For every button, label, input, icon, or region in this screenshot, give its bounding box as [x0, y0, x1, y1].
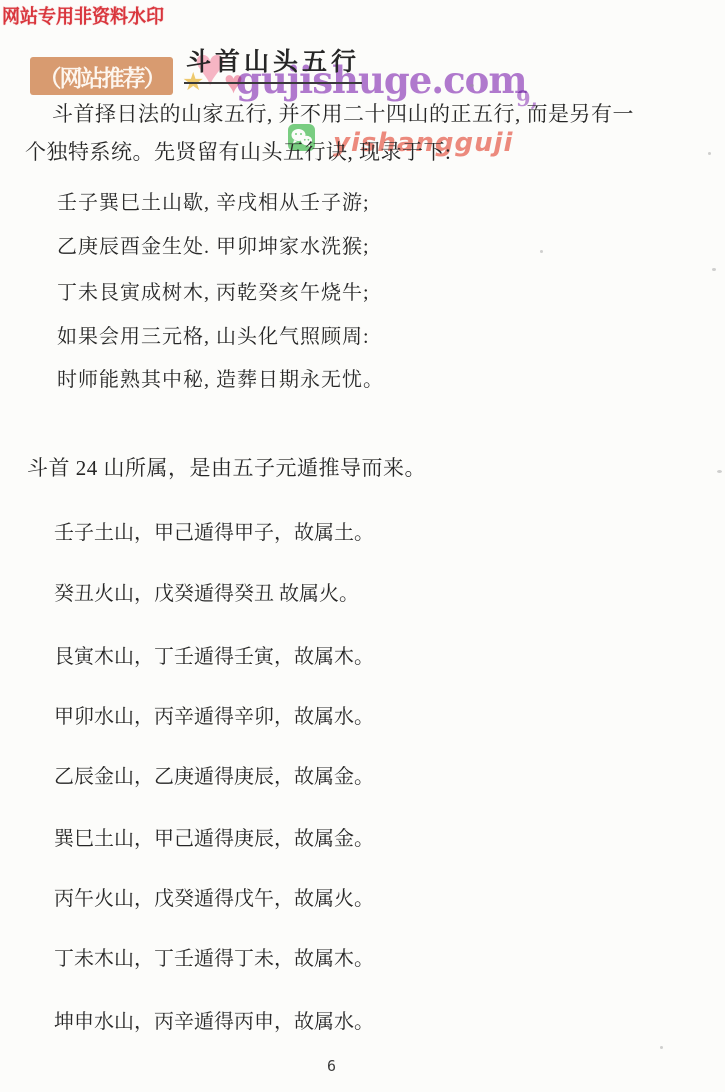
verse-line: 乙庚辰酉金生处. 甲卯坤家水洗猴;	[57, 230, 370, 259]
derivation-line: 丙午火山，戊癸遁得戊午，故属火。	[54, 882, 374, 911]
verse-line: 如果会用三元格, 山头化气照顾周:	[57, 320, 370, 349]
verse-line: 丁未艮寅成树木, 丙乾癸亥午烧牛;	[57, 276, 370, 305]
body-line: 斗首择日法的山家五行, 并不用二十四山的正五行, 而是另有一	[52, 98, 634, 128]
derivation-line: 壬子土山，甲己遁得甲子，故属土。	[54, 516, 374, 545]
scan-artifact	[540, 250, 543, 253]
derivation-line: 巽巳土山，甲己遁得庚辰，故属金。	[54, 822, 374, 851]
body-line: 斗首 24 山所属，是由五子元遁推导而来。	[27, 452, 426, 482]
derivation-line: 丁未木山，丁壬遁得丁未，故属木。	[54, 942, 374, 971]
derivation-line: 乙辰金山，乙庚遁得庚辰，故属金。	[54, 760, 374, 789]
site-recommend-stamp-label: （网站推荐）	[39, 60, 165, 93]
derivation-line: 癸丑火山，戊癸遁得癸丑 故属火。	[54, 577, 359, 606]
scan-artifact	[708, 152, 711, 155]
page-number: 6	[327, 1057, 336, 1075]
scan-artifact	[717, 470, 722, 473]
scan-artifact	[712, 268, 716, 271]
watermark-notice-text: 网站专用非资料水印	[2, 1, 164, 28]
page-title: 斗首山头五行	[184, 42, 362, 84]
site-recommend-stamp: （网站推荐）	[30, 57, 173, 95]
scan-artifact	[660, 1046, 663, 1049]
derivation-line: 甲卯水山，丙辛遁得辛卯，故属水。	[54, 700, 374, 729]
verse-line: 壬子巽巳土山歇, 辛戌相从壬子游;	[57, 186, 370, 215]
verse-line: 时师能熟其中秘, 造葬日期永无忧。	[57, 363, 384, 392]
scanned-document-page: 网站专用非资料水印 ♥ ♥ ★ （网站推荐） gujishuge.com 9, …	[0, 0, 725, 1092]
scan-artifact	[470, 84, 474, 87]
body-line: 个独特系统。先贤留有山头五行诀, 现录于下:	[25, 136, 451, 166]
derivation-line: 坤申水山，丙辛遁得丙申，故属水。	[54, 1005, 374, 1034]
derivation-line: 艮寅木山，丁壬遁得壬寅，故属木。	[54, 640, 374, 669]
